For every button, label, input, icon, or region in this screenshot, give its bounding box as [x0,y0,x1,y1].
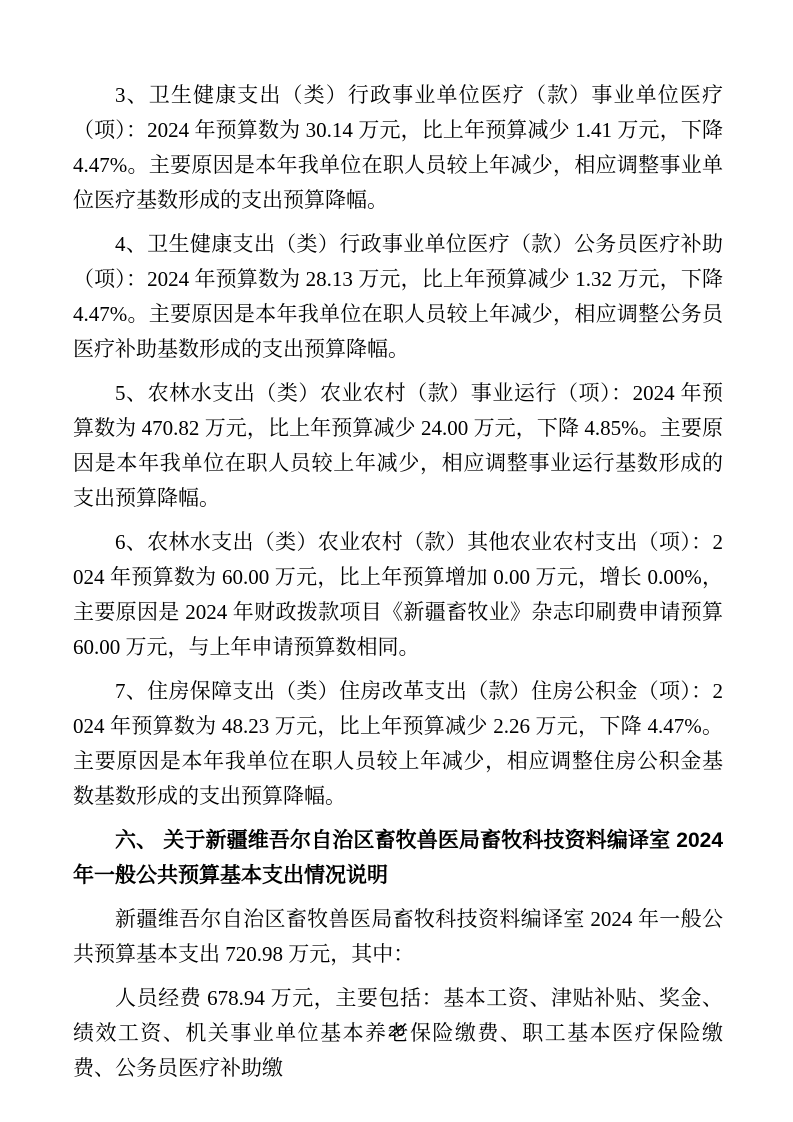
section-six-heading: 六、 关于新疆维吾尔自治区畜牧兽医局畜牧科技资料编译室 2024 年一般公共预算… [73,823,723,893]
document-content: 3、卫生健康支出（类）行政事业单位医疗（款）事业单位医疗（项）：2024 年预算… [73,78,723,1095]
document-page: 3、卫生健康支出（类）行政事业单位医疗（款）事业单位医疗（项）：2024 年预算… [0,0,793,1122]
paragraph-basic-expense-total: 新疆维吾尔自治区畜牧兽医局畜牧科技资料编译室 2024 年一般公共预算基本支出 … [73,902,723,972]
paragraph-agriculture-expense-6: 6、农林水支出（类）农业农村（款）其他农业农村支出（项）：2024 年预算数为 … [73,525,723,665]
paragraph-health-expense-4: 4、卫生健康支出（类）行政事业单位医疗（款）公务员医疗补助（项）：2024 年预… [73,227,723,367]
paragraph-agriculture-expense-5: 5、农林水支出（类）农业农村（款）事业运行（项）：2024 年预算数为 470.… [73,376,723,516]
paragraph-health-expense-3: 3、卫生健康支出（类）行政事业单位医疗（款）事业单位医疗（项）：2024 年预算… [73,78,723,218]
page-number: 20 [0,1023,793,1040]
paragraph-housing-expense-7: 7、住房保障支出（类）住房改革支出（款）住房公积金（项）：2024 年预算数为 … [73,674,723,814]
